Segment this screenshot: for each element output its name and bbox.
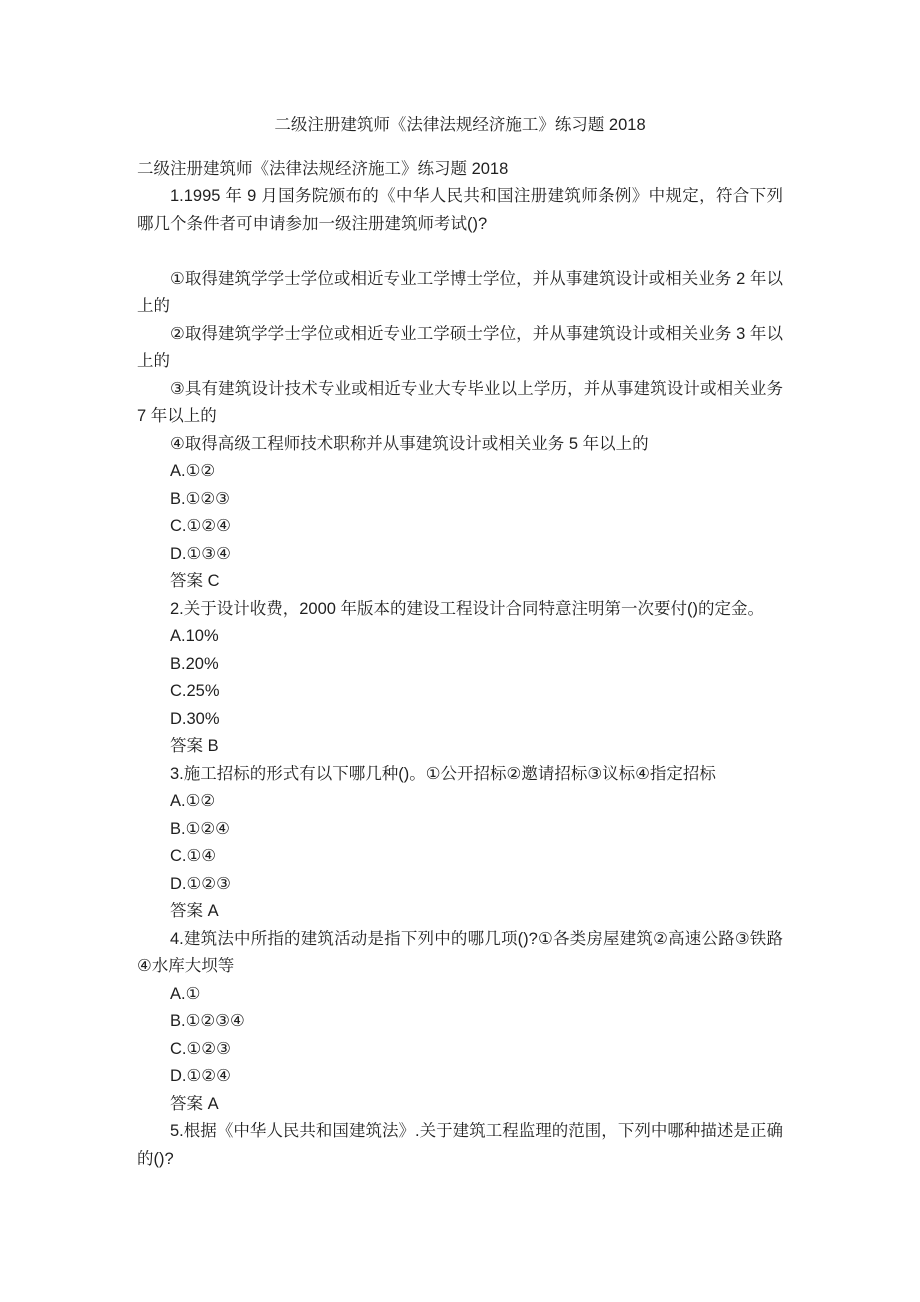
question-3-option-B: B.①②④ — [137, 816, 783, 844]
question-1-option-A: A.①② — [137, 458, 783, 486]
question-1-item-3: ③具有建筑设计技术专业或相近专业大专毕业以上学历，并从事建筑设计或相关业务 7 … — [137, 376, 783, 431]
question-3-option-D: D.①②③ — [137, 871, 783, 899]
question-1-item-4: ④取得高级工程师技术职称并从事建筑设计或相关业务 5 年以上的 — [137, 431, 783, 459]
question-5-stem: 5.根据《中华人民共和国建筑法》.关于建筑工程监理的范围，下列中哪种描述是正确的… — [137, 1118, 783, 1173]
question-1-option-C: C.①②④ — [137, 513, 783, 541]
question-1-item-1: ①取得建筑学学士学位或相近专业工学博士学位，并从事建筑设计或相关业务 2 年以上… — [137, 266, 783, 321]
question-2-option-B: B.20% — [137, 651, 783, 679]
question-4-option-B: B.①②③④ — [137, 1008, 783, 1036]
question-1-stem: 1.1995 年 9 月国务院颁布的《中华人民共和国注册建筑师条例》中规定，符合… — [137, 183, 783, 238]
document-page: 二级注册建筑师《法律法规经济施工》练习题 2018 二级注册建筑师《法律法规经济… — [0, 0, 920, 1302]
question-3-option-C: C.①④ — [137, 843, 783, 871]
question-4-stem: 4.建筑法中所指的建筑活动是指下列中的哪几项()?①各类房屋建筑②高速公路③铁路… — [137, 926, 783, 981]
question-2-stem: 2.关于设计收费，2000 年版本的建设工程设计合同特意注明第一次要付()的定金… — [137, 596, 783, 624]
question-2-answer: 答案 B — [137, 733, 783, 761]
document-heading-line: 二级注册建筑师《法律法规经济施工》练习题 2018 — [137, 156, 783, 184]
document-title: 二级注册建筑师《法律法规经济施工》练习题 2018 — [137, 112, 783, 140]
question-2-option-A: A.10% — [137, 623, 783, 651]
question-1-answer: 答案 C — [137, 568, 783, 596]
blank-line — [137, 238, 783, 266]
question-2-option-D: D.30% — [137, 706, 783, 734]
question-4-option-A: A.① — [137, 981, 783, 1009]
question-3-option-A: A.①② — [137, 788, 783, 816]
question-1-item-2: ②取得建筑学学士学位或相近专业工学硕士学位，并从事建筑设计或相关业务 3 年以上… — [137, 321, 783, 376]
question-3-answer: 答案 A — [137, 898, 783, 926]
question-4-option-C: C.①②③ — [137, 1036, 783, 1064]
question-1-option-D: D.①③④ — [137, 541, 783, 569]
question-2-option-C: C.25% — [137, 678, 783, 706]
question-1-option-B: B.①②③ — [137, 486, 783, 514]
question-4-answer: 答案 A — [137, 1091, 783, 1119]
question-4-option-D: D.①②④ — [137, 1063, 783, 1091]
questions-container: 1.1995 年 9 月国务院颁布的《中华人民共和国注册建筑师条例》中规定，符合… — [137, 183, 783, 1173]
question-3-stem: 3.施工招标的形式有以下哪几种()。①公开招标②邀请招标③议标④指定招标 — [137, 761, 783, 789]
